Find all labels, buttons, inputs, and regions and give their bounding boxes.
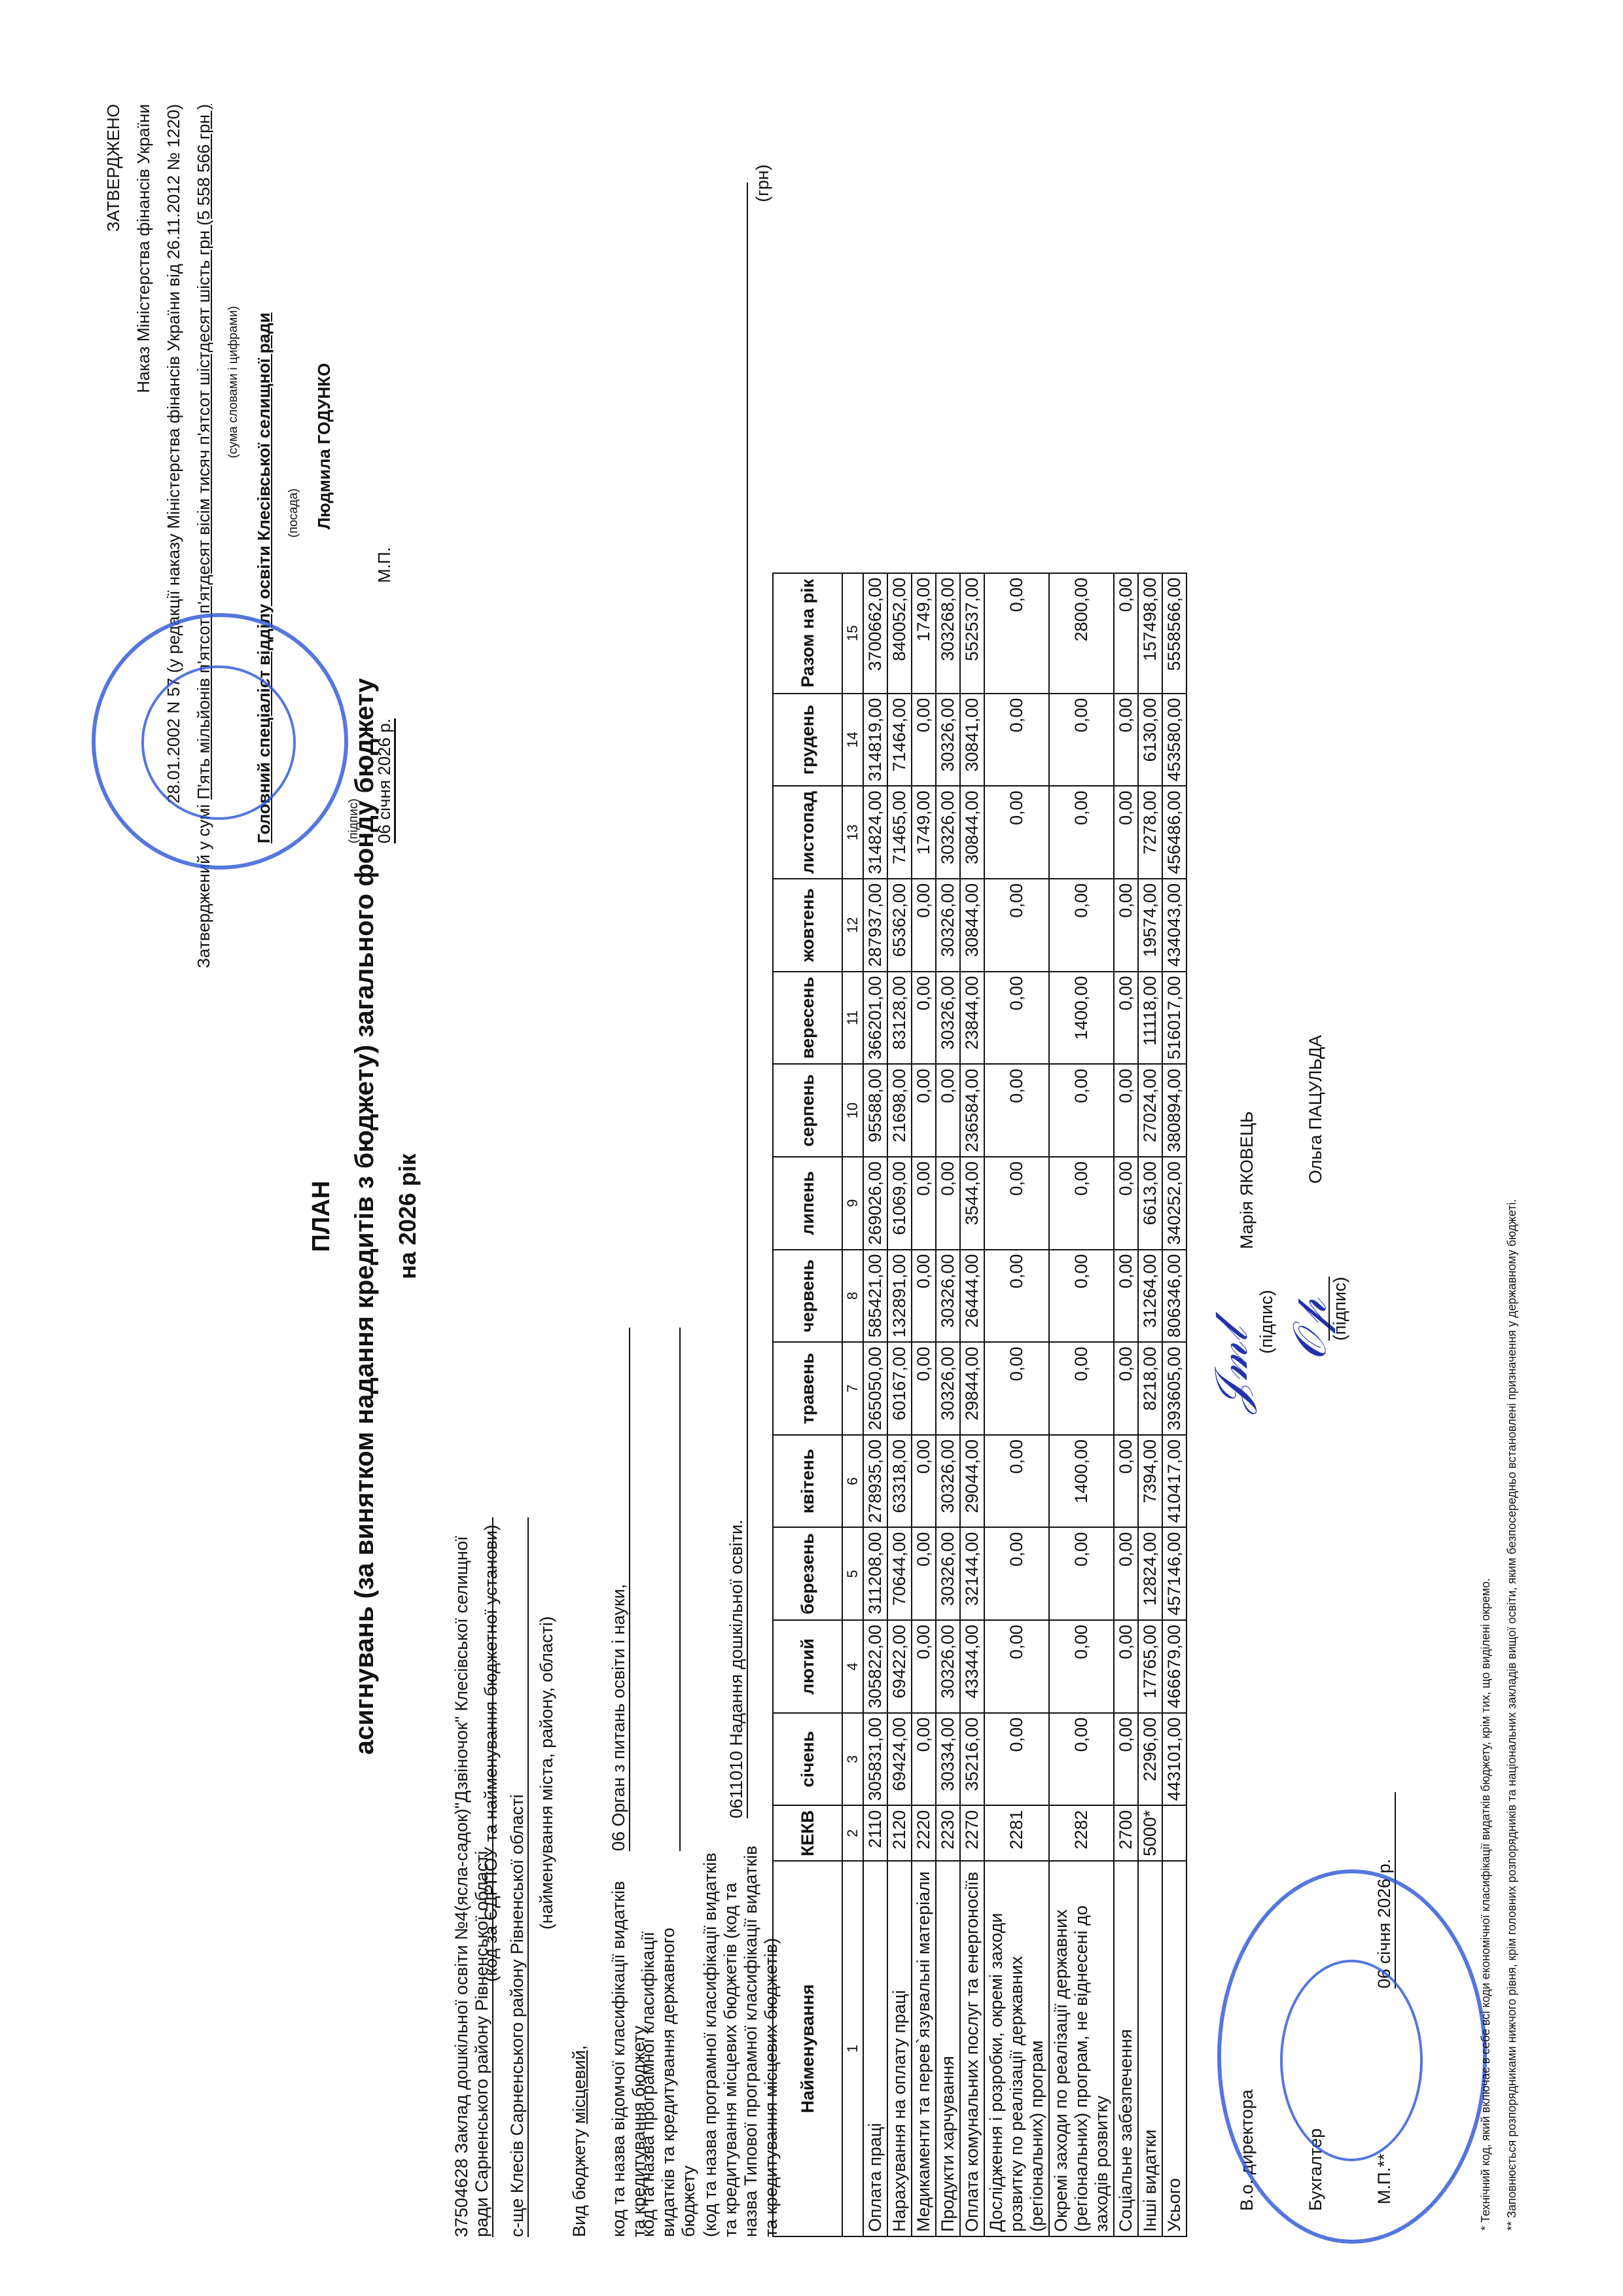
value-cell: 393605,00 <box>1162 1342 1186 1435</box>
table-row: Дослідження і розробки, окремі заходи ро… <box>984 573 1049 2236</box>
value-cell: 6130,00 <box>1138 694 1162 786</box>
value-cell: 0,00 <box>1049 1157 1114 1250</box>
value-cell: 8218,00 <box>1138 1342 1162 1435</box>
value-cell: 6613,00 <box>1138 1157 1162 1250</box>
table-row: Окремі заходи по реалізації державних (р… <box>1049 573 1114 2236</box>
value-cell: 466679,00 <box>1162 1620 1186 1713</box>
value-cell: 0,00 <box>1049 1064 1114 1157</box>
director-name: Марія ЯКОВЕЦЬ <box>1237 1111 1257 1249</box>
row-name: Оплата комунальних послуг та енергоносії… <box>960 1861 984 2236</box>
value-cell: 157498,00 <box>1138 573 1162 694</box>
value-cell: 0,00 <box>912 1342 936 1435</box>
index-cell: 2 <box>842 1805 863 1861</box>
approved-sum: Затверджений у сумі П'ять мільйонів п'ят… <box>188 104 219 1118</box>
value-cell: 0,00 <box>912 972 936 1065</box>
value-cell: 5558566,00 <box>1162 573 1186 694</box>
col-header: листопад <box>773 786 842 879</box>
value-cell: 516017,00 <box>1162 972 1186 1065</box>
col-header: серпень <box>773 1064 842 1157</box>
row-kekv: 2270 <box>960 1805 984 1861</box>
index-cell: 8 <box>842 1250 863 1343</box>
value-cell: 314824,00 <box>863 786 887 879</box>
approval-label: ЗАТВЕРДЖЕНО <box>98 104 128 1118</box>
row-name: Нарахування на оплату праці <box>887 1861 912 2236</box>
table-row: Оплата праці2110305831,00305822,00311208… <box>863 573 887 2236</box>
row-kekv: 2282 <box>1049 1805 1114 1861</box>
value-cell: 30326,00 <box>936 1435 960 1528</box>
value-cell: 30334,00 <box>936 1713 960 1806</box>
value-cell: 1400,00 <box>1049 972 1114 1065</box>
row-kekv: 2281 <box>984 1805 1049 1861</box>
value-cell: 456486,00 <box>1162 786 1186 879</box>
accountant-name: Ольга ПАЦУЛЬДА <box>1306 1035 1326 1184</box>
row-name: Інші видатки <box>1138 1861 1162 2236</box>
value-cell: 7394,00 <box>1138 1435 1162 1528</box>
value-cell: 305831,00 <box>863 1713 887 1806</box>
table-row: Медикаменти та перев`язувальні матеріали… <box>912 573 936 2236</box>
value-cell: 0,00 <box>984 1250 1049 1343</box>
row-name: Усього <box>1162 1861 1186 2236</box>
value-cell: 69424,00 <box>887 1713 912 1806</box>
col-header: Найменування <box>773 1861 842 2236</box>
value-cell: 1400,00 <box>1049 1435 1114 1528</box>
row-kekv: 2230 <box>936 1805 960 1861</box>
value-cell: 287937,00 <box>863 879 887 972</box>
value-cell: 83128,00 <box>887 972 912 1065</box>
index-cell: 6 <box>842 1435 863 1528</box>
value-cell: 453580,00 <box>1162 694 1186 786</box>
index-cell: 13 <box>842 786 863 879</box>
institution-code-caption: (код за ЄДРПОУ та найменування бюджетної… <box>481 1525 501 1982</box>
value-cell: 0,00 <box>912 1620 936 1713</box>
index-row: 1 2 3 4 5 6 7 8 9 10 11 12 13 14 15 <box>842 573 863 2236</box>
value-cell: 29044,00 <box>960 1435 984 1528</box>
value-cell: 0,00 <box>984 573 1049 694</box>
value-cell: 0,00 <box>1049 1342 1114 1435</box>
value-cell: 0,00 <box>984 1528 1049 1621</box>
local-classification-label: (код та назва програмної класифікації ви… <box>700 1831 781 2237</box>
dept-classification-value: 06 Орган з питань освіти і науки, <box>609 1328 630 1851</box>
value-cell: 17765,00 <box>1138 1620 1162 1713</box>
col-header: Разом на рік <box>773 573 842 694</box>
institution-city-caption: (найменування міста, району, області) <box>537 1616 557 1930</box>
approver-position: Головний спеціаліст відділу освіти Клесі… <box>249 104 279 1118</box>
value-cell: 0,00 <box>984 1064 1049 1157</box>
value-cell: 0,00 <box>984 694 1049 786</box>
row-kekv: 5000* <box>1138 1805 1162 1861</box>
value-cell: 71465,00 <box>887 786 912 879</box>
document-sheet: ЗАТВЕРДЖЕНО Наказ Міністерства фінансів … <box>0 0 1623 2296</box>
value-cell: 410417,00 <box>1162 1435 1186 1528</box>
index-cell: 11 <box>842 972 863 1065</box>
approval-order-line1: Наказ Міністерства фінансів України <box>128 104 158 1118</box>
budget-type-label: Вид бюджету <box>569 2128 589 2237</box>
col-header: вересень <box>773 972 842 1065</box>
value-cell: 0,00 <box>1114 1713 1138 1806</box>
title-year: на 2026 рік <box>394 333 421 2100</box>
approval-order-line2: 28.01.2002 N 57 (у редакції наказу Мініс… <box>158 104 188 1118</box>
row-name: Дослідження і розробки, окремі заходи ро… <box>984 1861 1049 2236</box>
value-cell: 0,00 <box>912 1435 936 1528</box>
value-cell: 0,00 <box>1114 786 1138 879</box>
index-cell: 1 <box>842 1861 863 2236</box>
value-cell: 0,00 <box>912 1064 936 1157</box>
value-cell: 0,00 <box>912 1528 936 1621</box>
value-cell: 30326,00 <box>936 972 960 1065</box>
value-cell: 30326,00 <box>936 1528 960 1621</box>
value-cell: 61069,00 <box>887 1157 912 1250</box>
value-cell: 340252,00 <box>1162 1157 1186 1250</box>
accountant-signature-caption: (підпис) <box>1329 1277 1350 1341</box>
value-cell: 7278,00 <box>1138 786 1162 879</box>
value-cell: 269026,00 <box>863 1157 887 1250</box>
value-cell: 30841,00 <box>960 694 984 786</box>
position-caption: (посада) <box>279 104 309 1118</box>
value-cell: 0,00 <box>984 972 1049 1065</box>
value-cell: 1749,00 <box>912 786 936 879</box>
value-cell: 30844,00 <box>960 786 984 879</box>
col-header: грудень <box>773 694 842 786</box>
value-cell: 0,00 <box>1114 1528 1138 1621</box>
director-signature-caption: (підпис) <box>1257 1290 1277 1354</box>
value-cell: 0,00 <box>1114 1157 1138 1250</box>
col-header: січень <box>773 1713 842 1806</box>
institution-stamp-icon <box>1217 1869 1487 2244</box>
index-cell: 4 <box>842 1620 863 1713</box>
value-cell: 457146,00 <box>1162 1528 1186 1621</box>
table-row: Продукти харчування223030334,0030326,003… <box>936 573 960 2236</box>
title-plan: ПЛАН <box>308 333 336 2100</box>
value-cell: 60167,00 <box>887 1342 912 1435</box>
value-cell: 30326,00 <box>936 786 960 879</box>
value-cell: 303268,00 <box>936 573 960 694</box>
value-cell: 0,00 <box>1114 972 1138 1065</box>
row-name: Медикаменти та перев`язувальні матеріали <box>912 1861 936 2236</box>
col-header: жовтень <box>773 879 842 972</box>
value-cell: 0,00 <box>912 1713 936 1806</box>
col-header: липень <box>773 1157 842 1250</box>
value-cell: 314819,00 <box>863 694 887 786</box>
col-header: червень <box>773 1250 842 1343</box>
value-cell: 0,00 <box>1049 1250 1114 1343</box>
value-cell: 0,00 <box>984 879 1049 972</box>
value-cell: 0,00 <box>1114 573 1138 694</box>
value-cell: 30326,00 <box>936 879 960 972</box>
value-cell: 71464,00 <box>887 694 912 786</box>
value-cell: 0,00 <box>984 1157 1049 1250</box>
value-cell: 30844,00 <box>960 879 984 972</box>
value-cell: 552537,00 <box>960 573 984 694</box>
value-cell: 0,00 <box>984 1342 1049 1435</box>
value-cell: 2296,00 <box>1138 1713 1162 1806</box>
value-cell: 12824,00 <box>1138 1528 1162 1621</box>
row-kekv: 2110 <box>863 1805 887 1861</box>
index-cell: 5 <box>842 1528 863 1621</box>
value-cell: 0,00 <box>912 1157 936 1250</box>
value-cell: 43344,00 <box>960 1620 984 1713</box>
footnote-1: * Технічний код, який включає в себе всі… <box>1479 1578 1493 2231</box>
value-cell: 434043,00 <box>1162 879 1186 972</box>
table-header-row: Найменування КЕКВ січень лютий березень … <box>773 573 842 2236</box>
value-cell: 30326,00 <box>936 694 960 786</box>
value-cell: 0,00 <box>912 879 936 972</box>
row-name: Оплата праці <box>863 1861 887 2236</box>
value-cell: 1749,00 <box>912 573 936 694</box>
value-cell: 31264,00 <box>1138 1250 1162 1343</box>
director-signature-icon: 𝒥𝓂𝓁 <box>1204 1327 1258 1413</box>
value-cell: 380894,00 <box>1162 1064 1186 1157</box>
index-cell: 15 <box>842 573 863 694</box>
index-cell: 9 <box>842 1157 863 1250</box>
index-cell: 14 <box>842 694 863 786</box>
document-title: ПЛАН асигнувань (за винятком надання кре… <box>308 333 421 2100</box>
table-row: Інші видатки5000*2296,0017765,0012824,00… <box>1138 573 1162 2236</box>
value-cell: 236584,00 <box>960 1064 984 1157</box>
value-cell: 0,00 <box>1114 1435 1138 1528</box>
row-name: Продукти харчування <box>936 1861 960 2236</box>
value-cell: 35216,00 <box>960 1713 984 1806</box>
table-row: Нарахування на оплату праці212069424,006… <box>887 573 912 2236</box>
index-cell: 7 <box>842 1342 863 1435</box>
col-header: травень <box>773 1342 842 1435</box>
value-cell: 26444,00 <box>960 1250 984 1343</box>
footnote-2: ** Заповнюється розпорядниками нижчого р… <box>1505 1199 1519 2231</box>
value-cell: 0,00 <box>912 694 936 786</box>
value-cell: 69422,00 <box>887 1620 912 1713</box>
value-cell: 3700662,00 <box>863 573 887 694</box>
value-cell: 806346,00 <box>1162 1250 1186 1343</box>
value-cell: 0,00 <box>1049 786 1114 879</box>
institution-city: с-ще Клесів Сарненського району Рівненсь… <box>507 1517 529 2237</box>
value-cell: 0,00 <box>984 1620 1049 1713</box>
value-cell: 2800,00 <box>1049 573 1114 694</box>
value-cell: 30326,00 <box>936 1342 960 1435</box>
allocation-plan-table: Найменування КЕКВ січень лютий березень … <box>772 573 1187 2237</box>
col-header: КЕКВ <box>773 1805 842 1861</box>
table-body: 1 2 3 4 5 6 7 8 9 10 11 12 13 14 15 Опла… <box>842 573 1186 2236</box>
row-kekv: 2120 <box>887 1805 912 1861</box>
row-kekv: 2220 <box>912 1805 936 1861</box>
value-cell: 0,00 <box>936 1157 960 1250</box>
value-cell: 0,00 <box>1114 1620 1138 1713</box>
value-cell: 585421,00 <box>863 1250 887 1343</box>
value-cell: 0,00 <box>912 1250 936 1343</box>
value-cell: 0,00 <box>1049 879 1114 972</box>
index-cell: 12 <box>842 879 863 972</box>
row-name: Соціальне забезпечення <box>1114 1861 1138 2236</box>
value-cell: 95588,00 <box>863 1064 887 1157</box>
value-cell: 311208,00 <box>863 1528 887 1621</box>
value-cell: 19574,00 <box>1138 879 1162 972</box>
row-kekv: 2700 <box>1114 1805 1138 1861</box>
program-classification-value <box>661 1328 681 1851</box>
value-cell: 0,00 <box>984 786 1049 879</box>
value-cell: 0,00 <box>984 1435 1049 1528</box>
table-row: Соціальне забезпечення27000,000,000,000,… <box>1114 573 1138 2236</box>
index-cell: 3 <box>842 1713 863 1806</box>
col-header: лютий <box>773 1620 842 1713</box>
value-cell: 132891,00 <box>887 1250 912 1343</box>
title-subtitle: асигнувань (за винятком надання кредитів… <box>350 333 380 2100</box>
value-cell: 265050,00 <box>863 1342 887 1435</box>
currency-label: (грн) <box>753 164 773 202</box>
value-cell: 0,00 <box>1114 1250 1138 1343</box>
value-cell: 0,00 <box>1049 694 1114 786</box>
row-kekv <box>1162 1805 1186 1861</box>
value-cell: 30326,00 <box>936 1250 960 1343</box>
value-cell: 65362,00 <box>887 879 912 972</box>
value-cell: 840052,00 <box>887 573 912 694</box>
value-cell: 0,00 <box>936 1064 960 1157</box>
value-cell: 278935,00 <box>863 1435 887 1528</box>
local-classification-value: 0611010 Надання дошкільної освіти. <box>726 183 748 1818</box>
value-cell: 63318,00 <box>887 1435 912 1528</box>
col-header: квітень <box>773 1435 842 1528</box>
value-cell: 0,00 <box>1114 1064 1138 1157</box>
value-cell: 443101,00 <box>1162 1713 1186 1806</box>
value-cell: 27024,00 <box>1138 1064 1162 1157</box>
value-cell: 3544,00 <box>960 1157 984 1250</box>
budget-type-value: місцевий, <box>569 2045 589 2124</box>
value-cell: 0,00 <box>1049 1713 1114 1806</box>
value-cell: 21698,00 <box>887 1064 912 1157</box>
value-cell: 305822,00 <box>863 1620 887 1713</box>
table-row: Оплата комунальних послуг та енергоносії… <box>960 573 984 2236</box>
value-cell: 29844,00 <box>960 1342 984 1435</box>
value-cell: 0,00 <box>984 1713 1049 1806</box>
value-cell: 23844,00 <box>960 972 984 1065</box>
value-cell: 11118,00 <box>1138 972 1162 1065</box>
index-cell: 10 <box>842 1064 863 1157</box>
value-cell: 0,00 <box>1114 694 1138 786</box>
value-cell: 0,00 <box>1049 1620 1114 1713</box>
sum-caption: (сума словами і цифрами) <box>219 104 249 1118</box>
value-cell: 30326,00 <box>936 1620 960 1713</box>
value-cell: 0,00 <box>1049 1528 1114 1621</box>
budget-type: Вид бюджету місцевий, <box>569 2045 590 2237</box>
col-header: березень <box>773 1528 842 1621</box>
value-cell: 0,00 <box>1114 879 1138 972</box>
table-row: Усього443101,00466679,00457146,00410417,… <box>1162 573 1186 2236</box>
value-cell: 366201,00 <box>863 972 887 1065</box>
value-cell: 32144,00 <box>960 1528 984 1621</box>
row-name: Окремі заходи по реалізації державних (р… <box>1049 1861 1114 2236</box>
value-cell: 70644,00 <box>887 1528 912 1621</box>
value-cell: 0,00 <box>1114 1342 1138 1435</box>
program-classification-label: код та назва програмної класифікації вид… <box>638 1871 699 2237</box>
